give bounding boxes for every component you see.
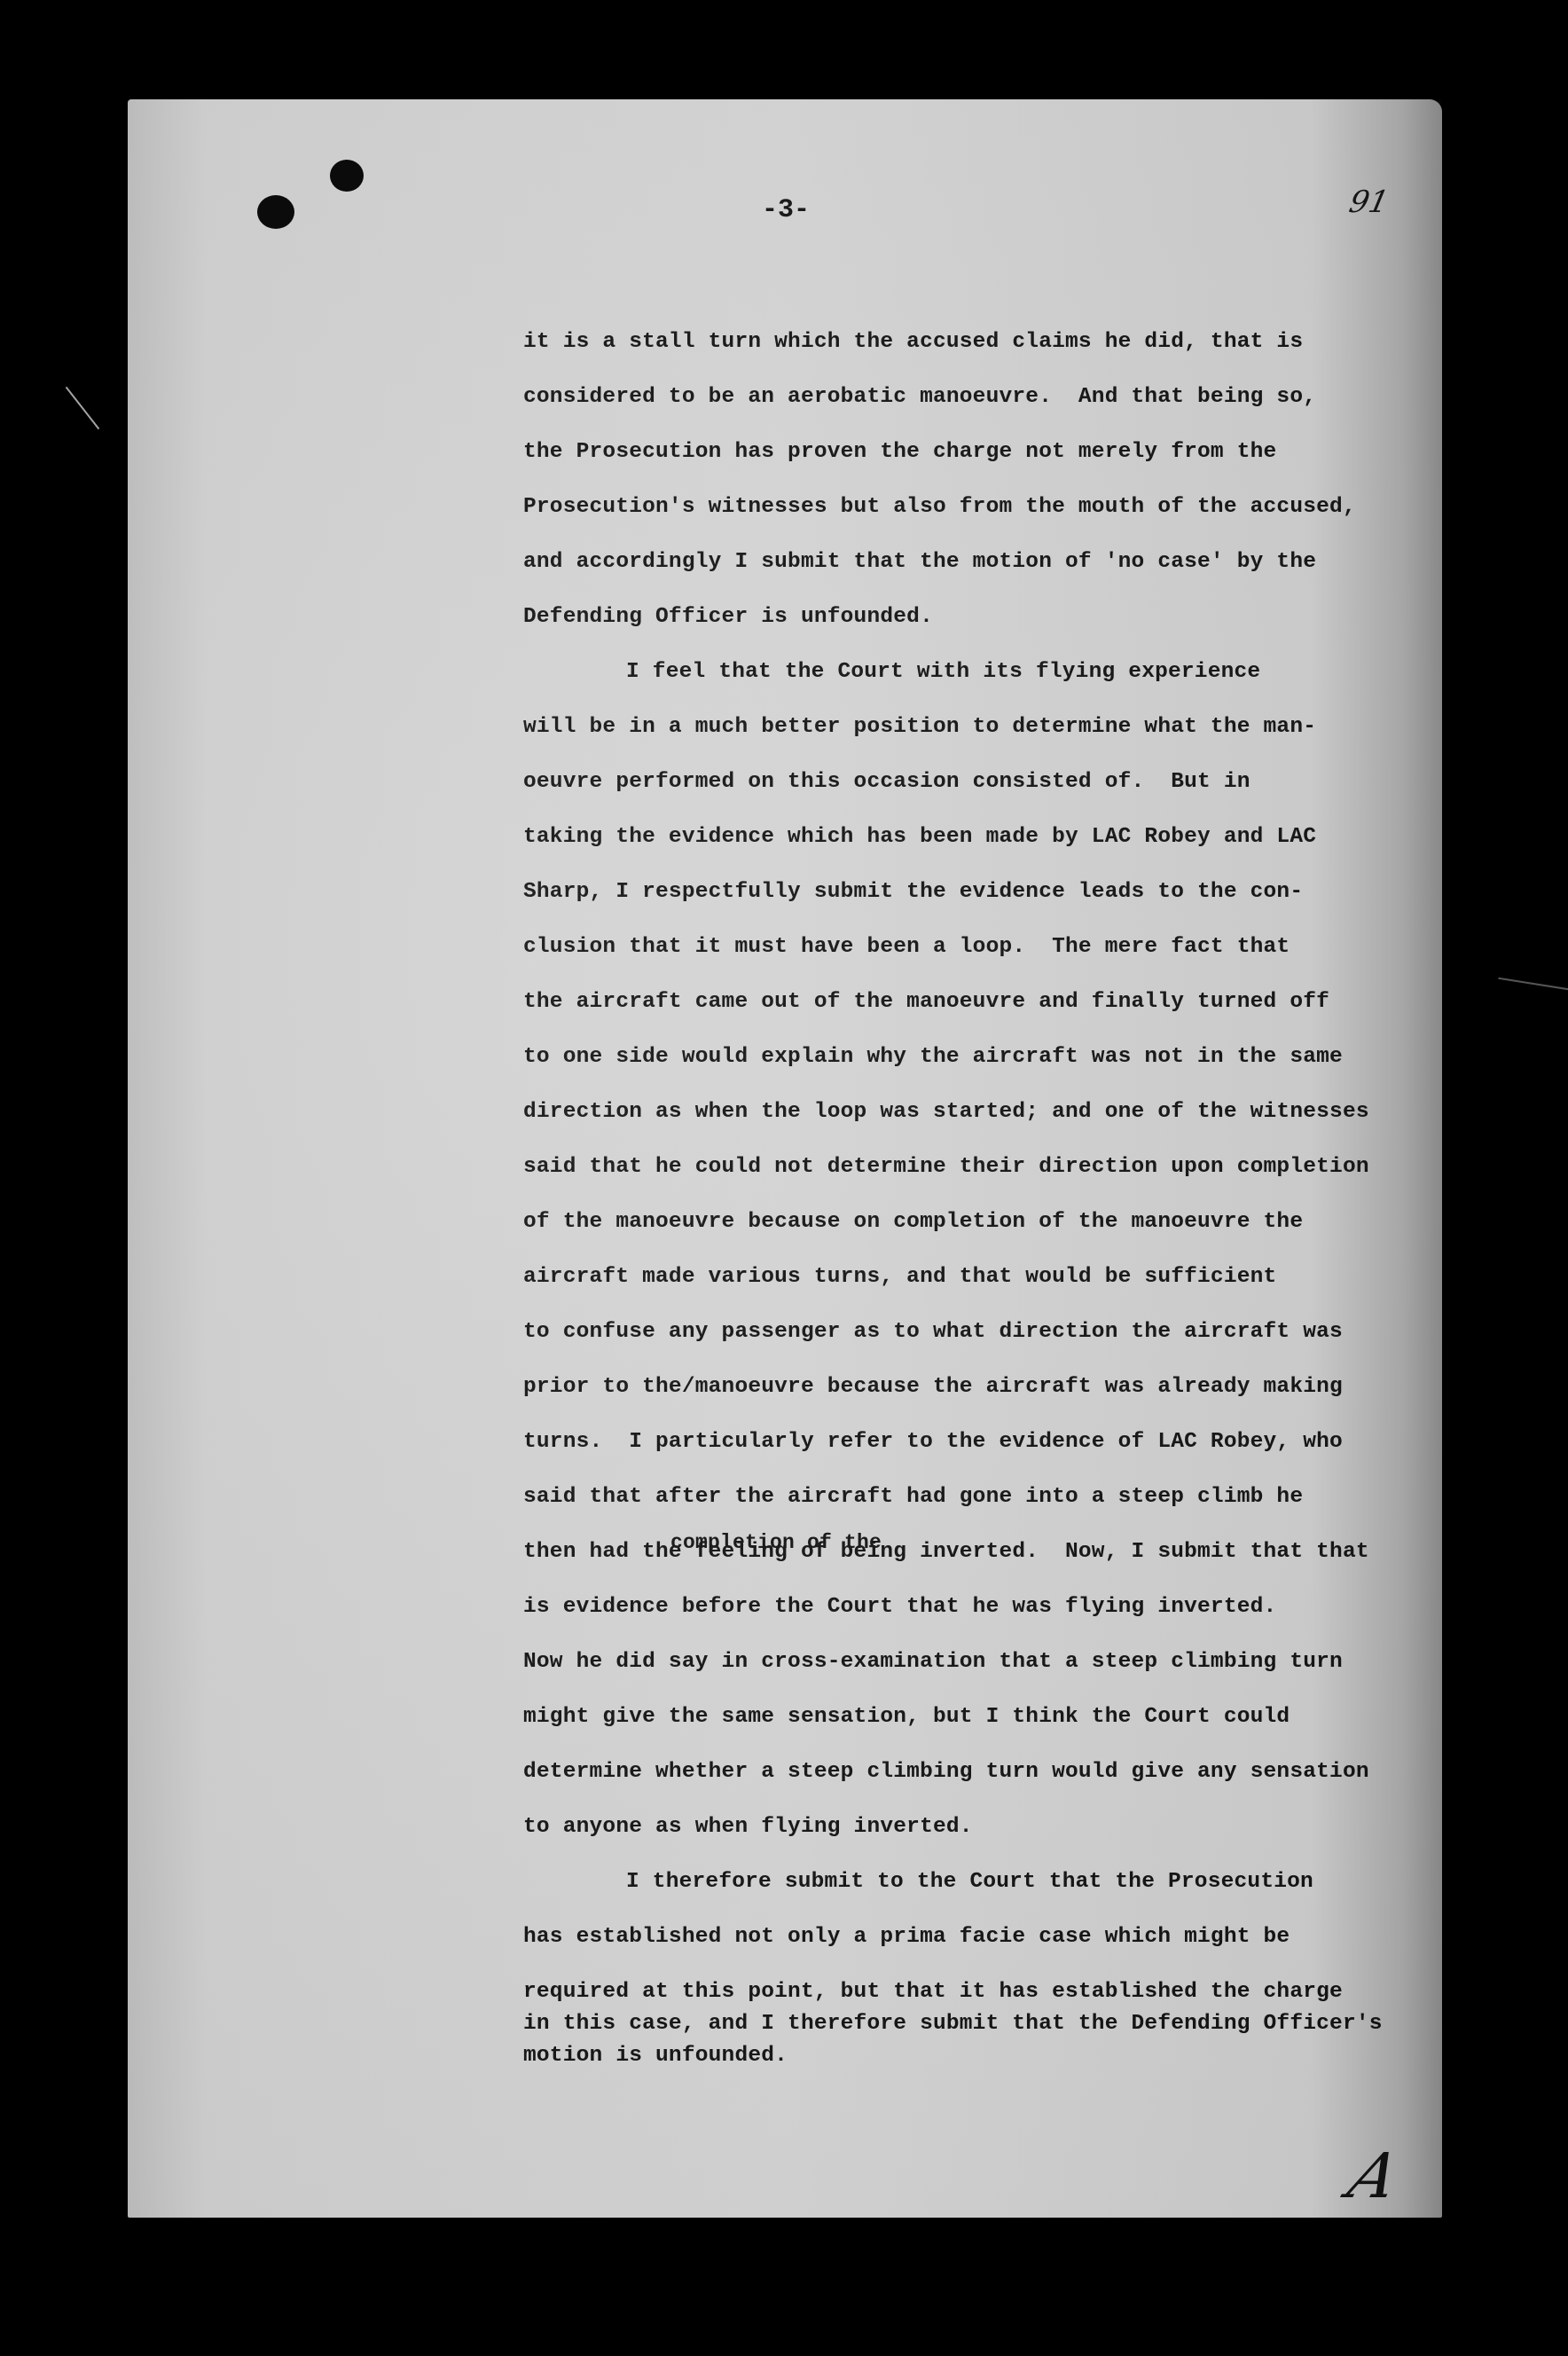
text-line: Sharp, I respectfully submit the evidenc… <box>523 880 1303 904</box>
text-line: taking the evidence which has been made … <box>523 825 1316 849</box>
text-line: Defending Officer is unfounded. <box>523 605 933 629</box>
text-line: prior to the/manoeuvre because the aircr… <box>523 1375 1343 1399</box>
handwritten-initial: A <box>1340 2140 1408 2212</box>
text-line: to anyone as when flying inverted. <box>523 1815 973 1839</box>
text-line: determine whether a steep climbing turn … <box>523 1760 1369 1784</box>
text-line: will be in a much better position to det… <box>523 715 1316 739</box>
text-line: it is a stall turn which the accused cla… <box>523 330 1303 354</box>
text-line: to one side would explain why the aircra… <box>523 1045 1343 1069</box>
text-line: direction as when the loop was started; … <box>523 1100 1369 1124</box>
text-line: Now he did say in cross-examination that… <box>523 1650 1343 1674</box>
text-line: I therefore submit to the Court that the… <box>626 1870 1313 1894</box>
text-line: the aircraft came out of the manoeuvre a… <box>523 990 1329 1014</box>
text-line: and accordingly I submit that the motion… <box>523 550 1316 574</box>
text-line: motion is unfounded. <box>523 2044 788 2068</box>
text-line: required at this point, but that it has … <box>523 1980 1343 2004</box>
text-line: might give the same sensation, but I thi… <box>523 1705 1290 1729</box>
text-line: then had the feeling of being inverted. … <box>523 1540 1369 1564</box>
text-line: the Prosecution has proven the charge no… <box>523 440 1276 464</box>
text-line: in this case, and I therefore submit tha… <box>523 2012 1383 2036</box>
page-number: -3- <box>762 195 810 225</box>
text-line: said that he could not determine their d… <box>523 1155 1369 1179</box>
text-line: is evidence before the Court that he was… <box>523 1595 1276 1619</box>
text-line: said that after the aircraft had gone in… <box>523 1485 1303 1509</box>
text-line: Prosecution's witnesses but also from th… <box>523 495 1356 519</box>
text-line: of the manoeuvre because on completion o… <box>523 1210 1303 1234</box>
punch-hole <box>330 160 364 192</box>
pencil-mark <box>1498 978 1568 990</box>
scan-artifact <box>66 387 100 430</box>
text-line: clusion that it must have been a loop. T… <box>523 935 1290 959</box>
text-line: I feel that the Court with its flying ex… <box>626 660 1260 684</box>
punch-hole <box>257 195 294 229</box>
handwritten-folio-number: 91 <box>1346 185 1392 220</box>
text-line: oeuvre performed on this occasion consis… <box>523 770 1250 794</box>
text-line: to confuse any passenger as to what dire… <box>523 1320 1343 1344</box>
text-line: considered to be an aerobatic manoeuvre.… <box>523 385 1316 409</box>
text-line: has established not only a prima facie c… <box>523 1925 1290 1949</box>
document-page: -3- 91 it is a stall turn which the accu… <box>128 99 1442 2218</box>
text-line: turns. I particularly refer to the evide… <box>523 1430 1343 1454</box>
text-line: aircraft made various turns, and that wo… <box>523 1265 1276 1289</box>
